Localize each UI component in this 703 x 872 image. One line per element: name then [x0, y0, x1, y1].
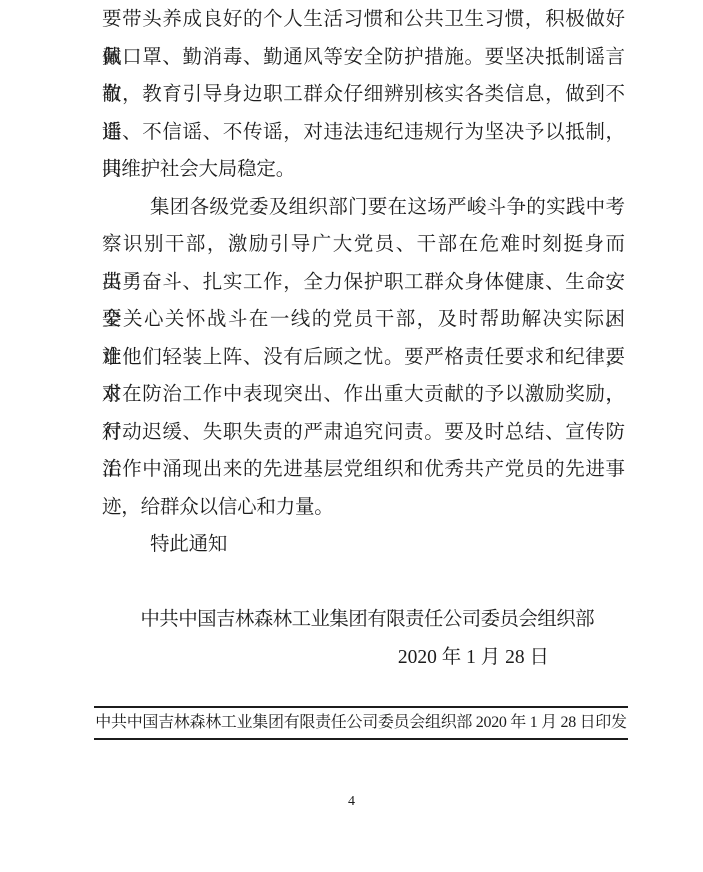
body-line: 要带头养成良好的个人生活习惯和公共卫生习惯，积极做好佩 [102, 1, 625, 39]
body-line: 工作中涌现出来的先进基层党组织和优秀共产党员的先进事 [102, 451, 625, 489]
closing-line: 特此通知 [102, 526, 625, 564]
body-line: 迹，给群众以信心和力量。 [102, 489, 625, 527]
body-line: 戴口罩、勤消毒、勤通风等安全防护措施。要坚决抵制谣言散 [102, 39, 625, 77]
body-line: 集团各级党委及组织部门要在这场严峻斗争的实践中考 [102, 189, 625, 227]
body-line: 谣、不信谣、不传谣，对违法违纪违规行为坚决予以抵制，共 [102, 114, 625, 152]
body-line: 察识别干部，激励引导广大党员、干部在危难时刻挺身而出、 [102, 226, 625, 264]
body-line: 对在防治工作中表现突出、作出重大贡献的予以激励奖励，对 [102, 376, 625, 414]
body-line: 行动迟缓、失职失责的严肃追究问责。要及时总结、宣传防治 [102, 414, 625, 452]
body-text: 要带头养成良好的个人生活习惯和公共卫生习惯，积极做好佩 戴口罩、勤消毒、勤通风等… [102, 1, 625, 676]
signature-date: 2020 年 1 月 28 日 [102, 639, 625, 677]
signature-organization: 中共中国吉林森林工业集团有限责任公司委员会组织部 [102, 601, 625, 639]
blank-line [102, 564, 625, 602]
page-number: 4 [0, 794, 703, 810]
body-line: 让他们轻装上阵、没有后顾之忧。要严格责任要求和纪律要求， [102, 339, 625, 377]
imprint-footer: 中共中国吉林森林工业集团有限责任公司委员会组织部 2020 年 1 月 28 日… [94, 706, 628, 740]
document-page: 要带头养成良好的个人生活习惯和公共卫生习惯，积极做好佩 戴口罩、勤消毒、勤通风等… [0, 0, 703, 872]
body-line: 英勇奋斗、扎实工作，全力保护职工群众身体健康、生命安全。 [102, 264, 625, 302]
body-line: 同维护社会大局稳定。 [102, 151, 625, 189]
body-line: 要关心关怀战斗在一线的党员干部，及时帮助解决实际困难， [102, 301, 625, 339]
body-line: 布，教育引导身边职工群众仔细辨别核实各类信息，做到不造 [102, 76, 625, 114]
